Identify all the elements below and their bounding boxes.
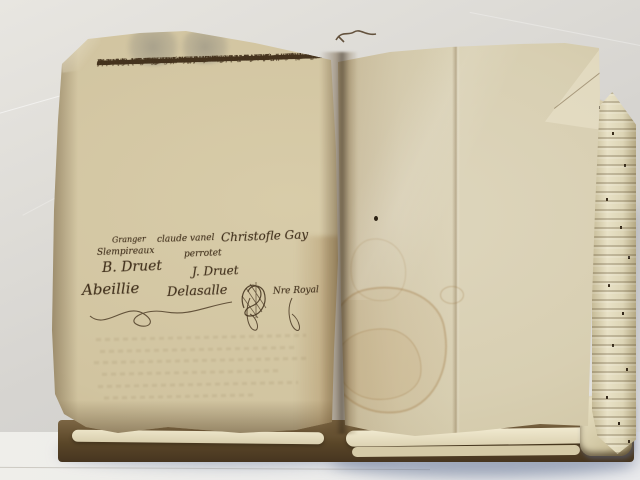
show-through-line [100, 346, 296, 353]
fold-crease [452, 44, 460, 436]
signature-vanel: claude vanel [157, 233, 215, 245]
binding-thread-icon [334, 22, 378, 46]
show-through-line [102, 369, 282, 376]
signature-slempireaux: Slempireaux [97, 246, 155, 258]
signature-j-druet: J. Druet [192, 263, 239, 279]
ink-speck [374, 216, 378, 221]
left-page-edge-shading [52, 30, 78, 440]
fore-edge-page-stack [592, 92, 636, 454]
photo-of-open-manuscript: Revoquant led. testateur toutes autres t… [0, 0, 640, 480]
show-through-line [96, 334, 306, 341]
bottom-edge-highlight [352, 445, 580, 457]
show-through-line [104, 393, 254, 399]
water-stain [440, 286, 464, 304]
show-through-line [98, 381, 298, 388]
signature-descender-loops [240, 296, 310, 336]
signature-b-druet: B. Druet [102, 258, 163, 276]
folded-corner-highlight [540, 46, 602, 130]
gutter-shadow [320, 52, 358, 434]
signature-granger: Granger [112, 234, 146, 244]
signature-perrotet: perrotet [184, 248, 222, 259]
show-through-line [94, 357, 309, 365]
signature-flourish [86, 296, 236, 332]
